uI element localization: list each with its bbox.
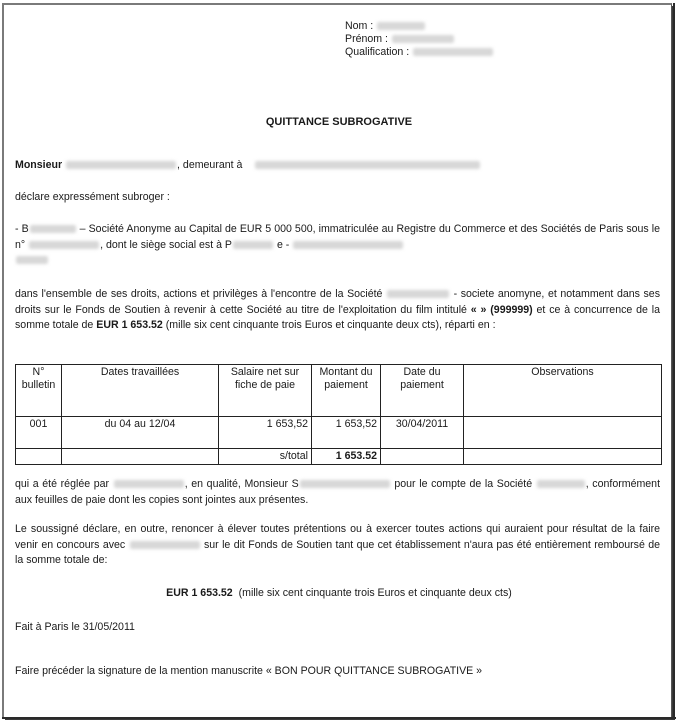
prenom-line: Prénom : PRENDEUX (345, 33, 494, 46)
prenom-redacted: PRENDEUX (392, 35, 454, 43)
subtotal-row: s/total 1 653.52 (16, 449, 662, 465)
renounce-paragraph: Le soussigné déclare, en outre, renoncer… (15, 522, 660, 569)
place-date: Fait à Paris le 31/05/2011 (15, 620, 660, 636)
table-row: 001 du 04 au 12/04 1 653,52 1 653,52 30/… (16, 417, 662, 449)
nom-redacted: SALDEUX (377, 22, 425, 30)
qualification-line: Qualification : REALISATEUR (345, 46, 494, 59)
th-date-paiement: Date du paiement (381, 365, 464, 417)
qualification-redacted: REALISATEUR (413, 48, 493, 56)
name-redacted: SALDEUX PRENDEUX (66, 161, 176, 169)
nom-line: Nom : SALDEUX (345, 20, 494, 33)
signature-note: Faire précéder la signature de la mentio… (15, 664, 660, 680)
employee-header: Nom : SALDEUX Prénom : PRENDEUX Qualific… (345, 20, 494, 59)
th-bulletin: N° bulletin (16, 365, 62, 417)
th-observations: Observations (464, 365, 662, 417)
page-shadow-bottom (2, 717, 676, 719)
page-shadow-right (673, 3, 675, 719)
subtotal-value: 1 653.52 (312, 449, 381, 465)
address-redacted: AVENUE DE LAISNE 31550 CINTEGABELLE (255, 161, 480, 169)
intro-line: Monsieur SALDEUX PRENDEUX, demeurant à A… (15, 158, 660, 174)
th-salaire: Salaire net sur fiche de paie (219, 365, 312, 417)
payment-table: N° bulletin Dates travaillées Salaire ne… (15, 364, 662, 465)
th-dates: Dates travaillées (62, 365, 219, 417)
rights-paragraph: dans l'ensemble de ses droits, actions e… (15, 287, 660, 334)
table-header-row: N° bulletin Dates travaillées Salaire ne… (16, 365, 662, 417)
document-title: QUITTANCE SUBROGATIVE (0, 116, 678, 128)
subtotal-label: s/total (219, 449, 312, 465)
company-paragraph: - BANQUE CINE – Société Anonyme au Capit… (15, 222, 660, 269)
declare-line: déclare expressément subroger : (15, 190, 660, 206)
document-page (2, 3, 672, 718)
payment-paragraph: qui a été réglée par BANQUE CINE, en qua… (15, 477, 660, 508)
total-line: EUR 1 653.52 (mille six cent cinquante t… (0, 587, 678, 599)
th-montant: Montant du paiement (312, 365, 381, 417)
